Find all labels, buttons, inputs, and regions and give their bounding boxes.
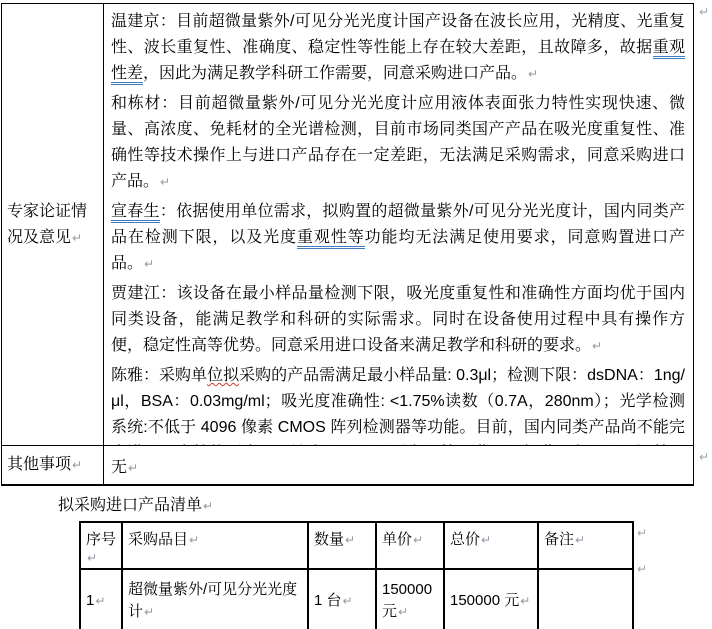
paragraph-mark: ↵ [86,551,97,565]
other-matters-row: 其他事项↵ 无↵ [2,445,693,484]
grammar-underlined-text: 宣春生 [111,203,160,223]
header-text: 数量 [314,531,344,548]
header-cell-total-price: 总价↵ [444,522,538,569]
expert-opinion-content-cell: 温建京：目前超微量紫外/可见分光光度计国产设备在波长应用，光精度、光重复性、波长… [104,4,693,445]
cell-remarks [538,569,633,629]
paragraph-text: 和栋材：目前超微量紫外/可见分光光度计应用液体表面张力特性实现快速、微量、高浓度… [111,95,685,190]
paragraph-mark: ↵ [188,533,199,547]
paragraph-mark: ↵ [71,231,82,245]
expert-opinion-table: 专家论证情况及意见↵ 温建京：目前超微量紫外/可见分光光度计国产设备在波长应用，… [1,3,694,486]
row-end-mark: ↵ [699,5,709,19]
paragraph-text: ，因此为满足教学科研工作需要，同意采购进口产品。 [143,65,527,82]
paragraph-mark: ↵ [94,594,105,608]
header-text: 采购品目 [128,531,188,548]
cell-item: 超微量紫外/可见分光光度计↵ [122,569,308,629]
expert-paragraph-xuanchunsheng: 宣春生：依据使用单位需求，拟购置的超微量紫外/可见分光光度计，国内同类产品在检测… [111,199,685,277]
paragraph-mark: ↵ [574,533,585,547]
product-table-header-row: 序号↵ 采购品目↵ 数量↵ 单价↵ 总价↵ 备注↵ [80,522,633,569]
paragraph-mark: ↵ [591,339,602,353]
expert-paragraph-chenya: 陈雅：采购单位拟采购的产品需满足最小样品量: 0.3μl；检测下限：dsDNA：… [111,363,685,445]
expert-paragraph-hedongcai: 和栋材：目前超微量紫外/可见分光光度计应用液体表面张力特性实现快速、微量、高浓度… [111,91,685,195]
paragraph-mark: ↵ [527,67,538,81]
other-matters-value: 无 [111,459,127,476]
expert-opinion-row: 专家论证情况及意见↵ 温建京：目前超微量紫外/可见分光光度计国产设备在波长应用，… [2,4,693,445]
document-page: { "marks": { "pilcrow": "↵" }, "colors":… [0,0,712,629]
other-matters-label: 其他事项 [7,456,71,473]
other-matters-label-cell: 其他事项↵ [2,446,104,484]
header-text: 单价 [382,531,412,548]
paragraph-mark: ↵ [127,461,138,475]
cell-index: 1↵ [80,569,122,629]
header-text: 备注 [544,531,574,548]
expert-opinion-label-cell: 专家论证情况及意见↵ [2,4,104,445]
header-cell-unit-price: 单价↵ [376,522,444,569]
product-table-data-row: 1↵ 超微量紫外/可见分光光度计↵ 1 台↵ 150000 元↵ 150000 … [80,569,633,629]
paragraph-mark: ↵ [480,533,491,547]
paragraph-mark: ↵ [159,175,170,189]
header-cell-quantity: 数量↵ [308,522,376,569]
paragraph-mark: ↵ [344,533,355,547]
other-matters-value-cell: 无↵ [104,446,693,484]
header-text: 序号 [86,531,116,548]
paragraph-mark: ↵ [71,458,82,472]
import-product-table: 序号↵ 采购品目↵ 数量↵ 单价↵ 总价↵ 备注↵ 1↵ 超微量紫外/可见分光光… [79,521,634,629]
product-list-title-text: 拟采购进口产品清单 [58,497,202,514]
grammar-underlined-text: 重观性等 [297,229,365,249]
spellcheck-underlined-text: 位拟 [207,367,239,384]
row-end-mark: ↵ [637,562,647,576]
expert-paragraph-jiajianjiang: 贾建江：该设备在最小样品量检测下限，吸光度重复性和准确性方面均优于国内同类设备，… [111,281,685,359]
paragraph-mark: ↵ [519,594,530,608]
paragraph-text: 温建京：目前超微量紫外/可见分光光度计国产设备在波长应用，光精度、光重复性、波长… [111,13,685,56]
paragraph-mark: ↵ [342,594,353,608]
header-cell-remarks: 备注↵ [538,522,633,569]
paragraph-mark: ↵ [397,605,408,619]
paragraph-text: 陈雅：采购单 [111,367,207,384]
cell-text: 150000 元 [450,592,519,609]
paragraph-mark: ↵ [412,533,423,547]
expert-paragraph-wenjianjing: 温建京：目前超微量紫外/可见分光光度计国产设备在波长应用，光精度、光重复性、波长… [111,9,685,87]
header-cell-item: 采购品目↵ [122,522,308,569]
paragraph-mark: ↵ [202,499,213,513]
cell-text: 1 台 [314,592,342,609]
header-text: 总价 [450,531,480,548]
cell-total-price: 150000 元↵ [444,569,538,629]
paragraph-mark: ↵ [143,605,154,619]
product-list-title: 拟采购进口产品清单↵ [58,492,213,515]
paragraph-mark: ↵ [143,257,154,271]
cell-unit-price: 150000 元↵ [376,569,444,629]
cell-quantity: 1 台↵ [308,569,376,629]
row-end-mark: ↵ [699,450,709,464]
row-end-mark: ↵ [637,526,647,540]
header-cell-index: 序号↵ [80,522,122,569]
